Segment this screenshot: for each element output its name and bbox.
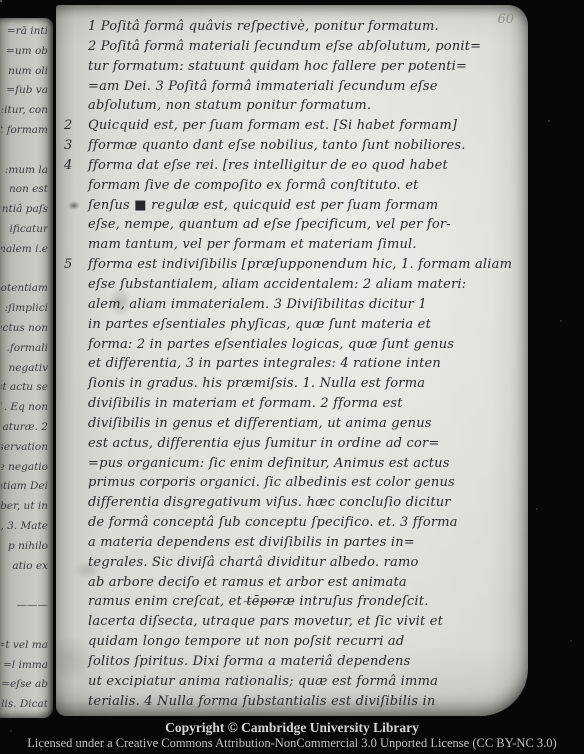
manuscript-line: forma: 2 in partes eſsentiales logicas, … (88, 335, 522, 355)
manuscript-line: a materia dependens est diviſibilis in p… (88, 533, 522, 553)
facing-page-fragment (1, 141, 48, 161)
manuscript-line: in partes eſsentiales phyſicas, quæ ſunt… (88, 315, 522, 335)
facing-page-fragment (1, 260, 48, 280)
manuscript-line: ut excipiatur anima rationalis; quæ est … (88, 672, 522, 692)
line-text: fforma est indiviſibilis [præſupponendum… (88, 257, 512, 272)
manuscript-line: 2Quicquid est, per ſuam formam est. [Si … (88, 116, 522, 136)
facing-page-fragment: negativ (1, 359, 48, 379)
facing-page-fragment: atio ex (1, 557, 48, 577)
manuscript-line: et differentia, 3 in partes integrales: … (88, 354, 522, 374)
manuscript-line: diviſibilis in materiam et formam. 2 ffo… (88, 394, 522, 414)
manuscript-line: 5fforma est indiviſibilis [præſupponendu… (88, 255, 522, 275)
facing-page-fragment: liber, ut in (1, 497, 48, 517)
line-text: tur formatum: statuunt quidam hoc faller… (88, 59, 467, 74)
facing-page-fragment: ificatur (1, 220, 48, 240)
facing-page-fragment: formali. (1, 339, 48, 359)
line-text: tegrales. Sic diviſâ chartâ dividitur al… (88, 555, 419, 570)
manuscript-line: terialis. 4 Nulla forma ſubstantialis es… (88, 692, 522, 712)
line-text: mam tantum, vel per formam et materiam ſ… (88, 237, 417, 252)
line-text: terialis. 4 Nulla forma ſubstantialis es… (88, 694, 435, 709)
manuscript-line: formam ſive de compoſito ex formâ conſti… (88, 176, 522, 196)
facing-page-fragment: um ob= (1, 42, 48, 62)
item-number: 3 (64, 136, 72, 156)
line-text: =pus organicum: ſic enim definitur, Anim… (88, 456, 450, 471)
copyright-notice: Copyright © Cambridge University Library… (0, 720, 584, 751)
line-text: quidam longo tempore ut non poſsit recur… (88, 634, 404, 649)
facing-page-fragment: mum la: (1, 161, 48, 181)
facing-page-fragment: num oli (1, 62, 48, 82)
line-text: ſenſus ■ regulæ est, quicquid est per ſu… (88, 198, 438, 213)
facing-page-fragment: rā inti= (1, 22, 48, 42)
manuscript-line: 2 Poſitâ formâ materiali ſecundum eſse a… (88, 37, 522, 57)
manuscript-line: tur formatum: statuunt quidam hoc faller… (88, 57, 522, 77)
manuscript-line: 1 Poſitâ formâ quâvis reſpectivè, ponitu… (88, 17, 522, 37)
manuscript-line: differentia disgregativum viſus. hæc con… (88, 493, 522, 513)
item-number: 4 (64, 156, 72, 176)
manuscript-line: lacerta diſsecta, utraque pars movetur, … (88, 612, 522, 632)
line-text: =am Dei. 3 Poſitâ formâ immateriali ſecu… (88, 79, 438, 94)
manuscript-line: ſenſus ■ regulæ est, quicquid est per ſu… (88, 196, 522, 216)
line-text: ſionis in gradus. his præmiſsis. 1. Null… (88, 376, 425, 391)
line-text: forma: 2 in partes eſsentiales logicas, … (88, 337, 454, 352)
manuscript-line: =am Dei. 3 Poſitâ formâ immateriali ſecu… (88, 77, 522, 97)
facing-page-fragment: eſse ab= (1, 675, 48, 695)
facing-page-fragment: ntiam Dei. (1, 477, 48, 497)
facing-page-fragment: aturæ. 2 (1, 418, 48, 438)
item-number: 5 (64, 255, 72, 275)
line-text: differentia disgregativum viſus. hæc con… (88, 495, 451, 510)
manuscript-line: eſse, nempe, quantum ad eſse ſpecificum,… (88, 215, 522, 235)
facing-page-fragment: es, 3. Mate (1, 517, 48, 537)
line-text: a materia dependens est diviſibilis in p… (88, 535, 415, 550)
facing-page-fragment: ſub va= (1, 81, 48, 101)
line-text: ramus enim creſcat, et t̶ē̶p̶o̶r̶æ̶ intr… (88, 594, 429, 609)
facing-page-fragment: itur, con: (1, 101, 48, 121)
manuscript-line: ſolitos ſpiritus. Dixi forma a materiâ d… (88, 652, 522, 672)
line-text: lacerta diſsecta, utraque pars movetur, … (88, 614, 443, 629)
facing-page-fragment: de negatio (1, 458, 48, 478)
manuscript-page: 60 1 Poſitâ formâ quâvis reſpectivè, pon… (56, 5, 528, 716)
line-text: est actus, differentia ejus ſumitur in o… (88, 436, 440, 451)
line-text: abſolutum, non statum ponitur formatum. (88, 98, 371, 113)
manuscript-line: ramus enim creſcat, et t̶ē̶p̶o̶r̶æ̶ intr… (88, 592, 522, 612)
manuscript-line: ſionis in gradus. his præmiſsis. 1. Null… (88, 374, 522, 394)
line-text: et differentia, 3 in partes integrales: … (88, 356, 441, 371)
line-text: diviſibilis in genus et differentiam, ut… (88, 416, 432, 431)
item-number: 2 (64, 116, 72, 136)
line-text: fformæ quanto dant eſse nobilius, tanto … (88, 138, 466, 153)
facing-page-fragment: t formam (1, 121, 48, 141)
line-text: 2 Poſitâ formâ materiali ſecundum eſse a… (88, 39, 481, 54)
facing-page-fragment: o. 1. Eq non (1, 398, 48, 418)
line-text: in partes eſsentiales phyſicas, quæ ſunt… (88, 317, 431, 332)
manuscript-line: eſse ſubstantialem, aliam accidentalem: … (88, 275, 522, 295)
manuscript-line: diviſibilis in genus et differentiam, ut… (88, 414, 522, 434)
line-text: diviſibilis in materiam et formam. 2 ffo… (88, 396, 403, 411)
line-text: eſse ſubstantialem, aliam accidentalem: … (88, 277, 466, 292)
manuscript-line: mam tantum, vel per formam et materiam ſ… (88, 235, 522, 255)
facing-page-fragment: t vel ma= (1, 636, 48, 656)
facing-page-fragment: actus non (1, 319, 48, 339)
line-text: 1 Poſitâ formâ quâvis reſpectivè, ponitu… (88, 19, 439, 34)
manuscript-line: 3fformæ quanto dant eſse nobilius, tanto… (88, 136, 522, 156)
manuscript-line: =pus organicum: ſic enim definitur, Anim… (88, 454, 522, 474)
copyright-line: Copyright © Cambridge University Library (0, 720, 584, 736)
facing-page-fragment: potentiam (1, 279, 48, 299)
dust-speckles (0, 0, 2, 2)
line-text: eſse, nempe, quantum ad eſse ſpecificum,… (88, 217, 451, 232)
manuscript-photo: rā inti= um ob= num oli ſub va= itur, co… (0, 0, 584, 754)
line-text: ſolitos ſpiritus. Dixi forma a materiâ d… (88, 654, 410, 669)
manuscript-line: primus corporis organici. ſic albedinis … (88, 473, 522, 493)
facing-page-fragment: nservation (1, 438, 48, 458)
line-text: ut excipiatur anima rationalis; quæ est … (88, 674, 438, 689)
line-text: Quicquid est, per ſuam formam est. [Si h… (88, 118, 457, 133)
facing-page-fragment: malem i.e. (1, 240, 48, 260)
manuscript-line: ab arbore deciſo et ramus et arbor est a… (88, 573, 522, 593)
facing-page-fragment: non est (1, 180, 48, 200)
line-text: alem, aliam immaterialem. 3 Diviſibilita… (88, 297, 427, 312)
manuscript-line: est actus, differentia ejus ſumitur in o… (88, 434, 522, 454)
facing-page-fragment: p nihilo (1, 537, 48, 557)
facing-page-fragment: entiâ paſs (1, 200, 48, 220)
facing-page-fragment (1, 616, 48, 636)
manuscript-line: quidam longo tempore ut non poſsit recur… (88, 632, 522, 652)
facing-page-fragment (1, 576, 48, 596)
line-text: de formâ conceptâ ſub conceptu ſpecifico… (88, 515, 458, 530)
manuscript-line: 4fforma dat eſse rei. [res intelligitur … (88, 156, 522, 176)
facing-page-fragment: l imma= (1, 656, 48, 676)
facing-page-fragment: st actu se (1, 378, 48, 398)
line-text: fforma dat eſse rei. [res intelligitur d… (88, 158, 448, 173)
manuscript-line: tegrales. Sic diviſâ chartâ dividitur al… (88, 553, 522, 573)
facing-page-text: rā inti= um ob= num oli ſub va= itur, co… (1, 22, 48, 715)
facing-page-fragment: ——— (1, 596, 48, 616)
license-line: Licensed under a Creative Commons Attrib… (0, 736, 584, 751)
facing-page-fragment: lis. Dicat (1, 695, 48, 715)
line-text: primus corporis organici. ſic albedinis … (88, 475, 455, 490)
manuscript-line: de formâ conceptâ ſub conceptu ſpecifico… (88, 513, 522, 533)
manuscript-text: 1 Poſitâ formâ quâvis reſpectivè, ponitu… (88, 17, 522, 712)
line-text: ab arbore deciſo et ramus et arbor est a… (88, 575, 407, 590)
line-text: formam ſive de compoſito ex formâ conſti… (88, 178, 419, 193)
facing-page-fragment: ſimplici: (1, 299, 48, 319)
facing-page-edge: rā inti= um ob= num oli ſub va= itur, co… (0, 18, 53, 718)
manuscript-line: alem, aliam immaterialem. 3 Diviſibilita… (88, 295, 522, 315)
ink-stain (68, 201, 80, 210)
manuscript-line: abſolutum, non statum ponitur formatum. (88, 96, 522, 116)
